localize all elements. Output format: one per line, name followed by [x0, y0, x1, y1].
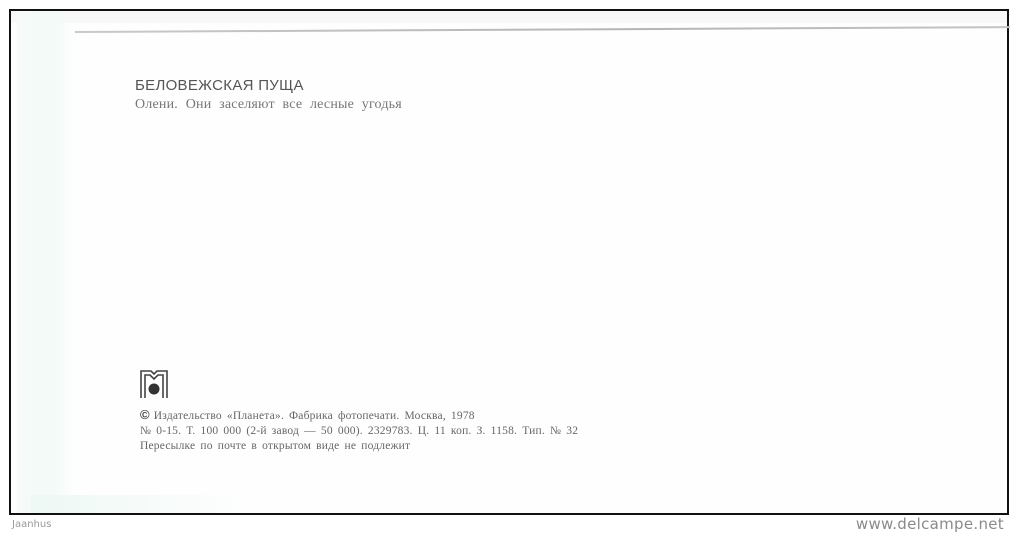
- imprint-line-3: Пересылке по почте в открытом виде не по…: [140, 439, 578, 454]
- imprint-line-2: № 0-15. Т. 100 000 (2-й завод — 50 000).…: [140, 424, 578, 439]
- postcard-caption: Олени. Они заселяют все лесные угодья: [135, 97, 402, 113]
- seller-watermark: Jaanhus: [12, 519, 51, 530]
- bottom-edge-tint: [31, 495, 251, 513]
- copyright-icon: ©: [140, 407, 150, 422]
- site-watermark[interactable]: www.delcampe.net: [856, 515, 1004, 533]
- header-rule: [75, 26, 1010, 33]
- postcard-back: БЕЛОВЕЖСКАЯ ПУЩА Олени. Они заселяют все…: [9, 9, 1009, 515]
- imprint-line-1: ©Издательство «Планета». Фабрика фотопеч…: [140, 407, 578, 424]
- left-edge-tint: [17, 11, 75, 513]
- top-band: [11, 11, 1007, 23]
- imprint-publisher: Издательство «Планета». Фабрика фотопеча…: [154, 410, 475, 422]
- planeta-logo-icon: [139, 369, 169, 399]
- postcard-title: БЕЛОВЕЖСКАЯ ПУЩА: [135, 77, 304, 94]
- imprint-block: ©Издательство «Планета». Фабрика фотопеч…: [140, 407, 578, 454]
